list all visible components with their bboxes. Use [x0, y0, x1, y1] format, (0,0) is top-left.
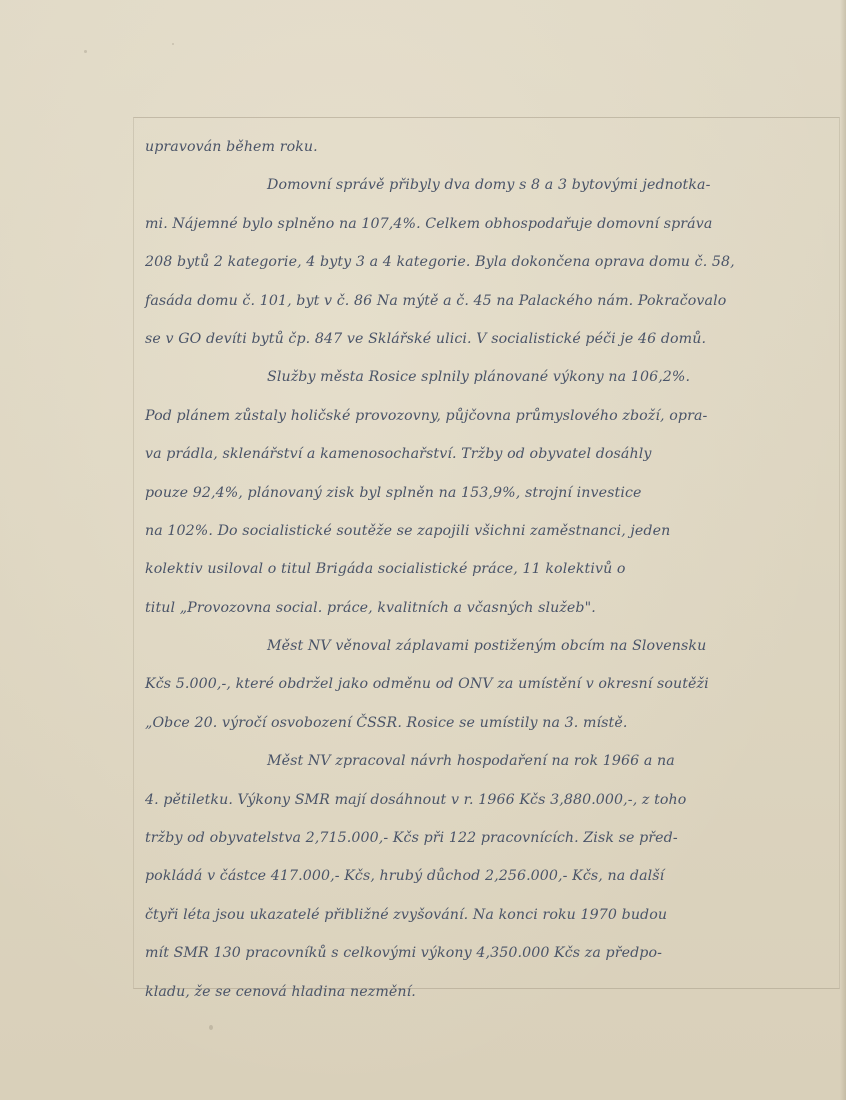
page-edge-shadow — [840, 0, 846, 1100]
text-line-content: pouze 92,4%, plánovaný zisk byl splněn n… — [145, 474, 642, 512]
paper-spot — [172, 43, 174, 45]
text-line: „Obce 20. výročí osvobození ČSSR. Rosice… — [145, 704, 835, 742]
text-line: Kčs 5.000,-, které obdržel jako odměnu o… — [145, 665, 835, 703]
text-line: se v GO devíti bytů čp. 847 ve Sklářské … — [145, 320, 835, 358]
text-line-content: Měst NV zpracoval návrh hospodaření na r… — [267, 742, 675, 780]
text-line: pokládá v částce 417.000,- Kčs, hrubý dů… — [145, 857, 835, 895]
text-line: kolektiv usiloval o titul Brigáda social… — [145, 550, 835, 588]
text-line: Měst NV věnoval záplavami postiženým obc… — [145, 627, 835, 665]
text-line-content: Kčs 5.000,-, které obdržel jako odměnu o… — [145, 665, 709, 703]
paper-spot — [84, 50, 87, 53]
text-line: upravován během roku. — [145, 128, 835, 166]
text-line: kladu, že se cenová hladina nezmění. — [145, 973, 835, 1011]
text-line-content: čtyři léta jsou ukazatelé přibližné zvyš… — [145, 896, 667, 934]
text-line: Měst NV zpracoval návrh hospodaření na r… — [145, 742, 835, 780]
text-line-content: titul „Provozovna social. práce, kvalitn… — [145, 589, 596, 627]
text-line: mít SMR 130 pracovníků s celkovými výkon… — [145, 934, 835, 972]
text-line: Služby města Rosice splnily plánované vý… — [145, 358, 835, 396]
text-line: mi. Nájemné bylo splněno na 107,4%. Celk… — [145, 205, 835, 243]
text-line-content: na 102%. Do socialistické soutěže se zap… — [145, 512, 670, 550]
text-line-content: kolektiv usiloval o titul Brigáda social… — [145, 550, 626, 588]
text-line-content: „Obce 20. výročí osvobození ČSSR. Rosice… — [145, 704, 627, 742]
text-line-content: kladu, že se cenová hladina nezmění. — [145, 973, 416, 1011]
text-line-content: 4. pětiletku. Výkony SMR mají dosáhnout … — [145, 781, 686, 819]
text-line-content: Domovní správě přibyly dva domy s 8 a 3 … — [267, 166, 710, 204]
text-line: fasáda domu č. 101, byt v č. 86 Na mýtě … — [145, 282, 835, 320]
text-line-content: va prádla, sklenářství a kamenosochařstv… — [145, 435, 651, 473]
text-line-content: pokládá v částce 417.000,- Kčs, hrubý dů… — [145, 857, 664, 895]
text-line-content: Měst NV věnoval záplavami postiženým obc… — [267, 627, 706, 665]
text-line: 208 bytů 2 kategorie, 4 byty 3 a 4 kateg… — [145, 243, 835, 281]
text-line: Domovní správě přibyly dva domy s 8 a 3 … — [145, 166, 835, 204]
text-line: Pod plánem zůstaly holičské provozovny, … — [145, 397, 835, 435]
handwritten-text-block: upravován během roku. Domovní správě při… — [145, 128, 835, 1011]
text-line-content: Služby města Rosice splnily plánované vý… — [267, 358, 690, 396]
text-line: 4. pětiletku. Výkony SMR mají dosáhnout … — [145, 781, 835, 819]
text-line-content: 208 bytů 2 kategorie, 4 byty 3 a 4 kateg… — [145, 243, 735, 281]
text-line-content: mít SMR 130 pracovníků s celkovými výkon… — [145, 934, 662, 972]
text-line: tržby od obyvatelstva 2,715.000,- Kčs př… — [145, 819, 835, 857]
text-line-content: fasáda domu č. 101, byt v č. 86 Na mýtě … — [145, 282, 726, 320]
text-line: titul „Provozovna social. práce, kvalitn… — [145, 589, 835, 627]
text-line-content: upravován během roku. — [145, 128, 318, 166]
text-line-content: Pod plánem zůstaly holičské provozovny, … — [145, 397, 707, 435]
text-line: pouze 92,4%, plánovaný zisk byl splněn n… — [145, 474, 835, 512]
text-line: va prádla, sklenářství a kamenosochařstv… — [145, 435, 835, 473]
text-line: čtyři léta jsou ukazatelé přibližné zvyš… — [145, 896, 835, 934]
paper-spot — [209, 1025, 213, 1030]
text-line-content: mi. Nájemné bylo splněno na 107,4%. Celk… — [145, 205, 712, 243]
text-line: na 102%. Do socialistické soutěže se zap… — [145, 512, 835, 550]
text-line-content: tržby od obyvatelstva 2,715.000,- Kčs př… — [145, 819, 678, 857]
text-line-content: se v GO devíti bytů čp. 847 ve Sklářské … — [145, 320, 706, 358]
